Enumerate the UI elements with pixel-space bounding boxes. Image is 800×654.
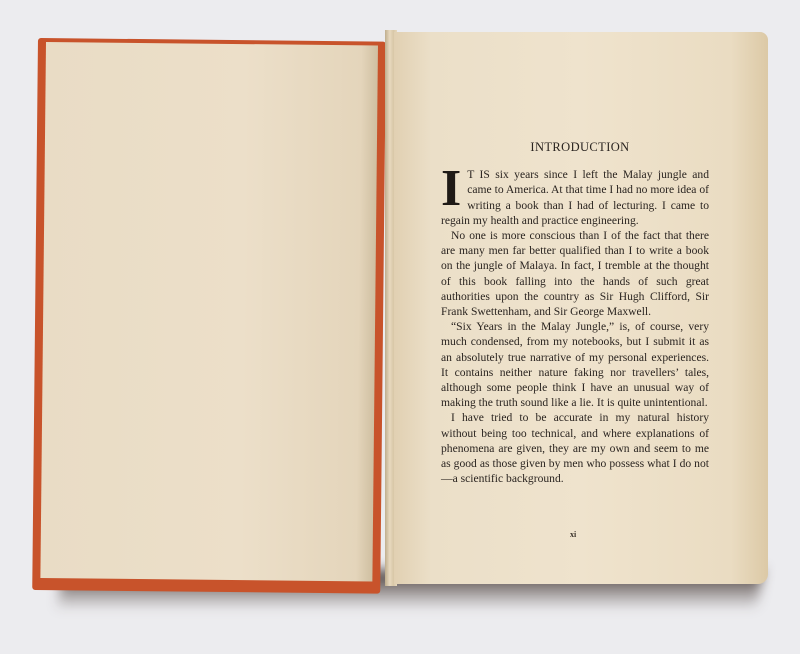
paragraph-4: I have tried to be accurate in my natura… xyxy=(441,410,709,486)
paragraph-2: No one is more conscious than I of the f… xyxy=(441,228,709,319)
paragraph-1: IT IS six years since I left the Malay j… xyxy=(441,167,709,228)
page-heading: INTRODUCTION xyxy=(451,140,709,155)
page-number: xi xyxy=(570,530,576,539)
blank-left-page xyxy=(40,42,378,581)
paragraph-3: “Six Years in the Malay Jungle,” is, of … xyxy=(441,319,709,410)
drop-cap: I xyxy=(441,168,461,210)
introduction-text: INTRODUCTION IT IS six years since I lef… xyxy=(441,140,709,486)
